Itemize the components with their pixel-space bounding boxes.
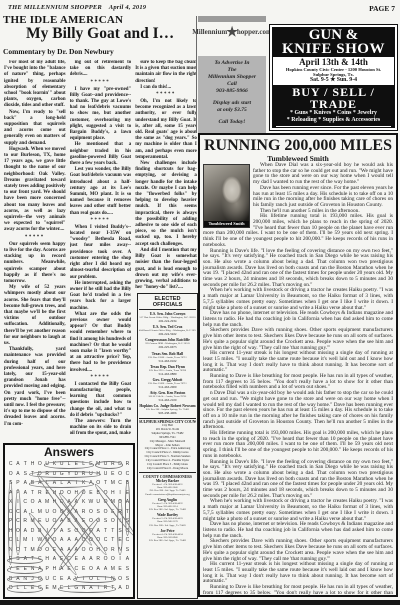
wordsearch-letter: H [51, 565, 58, 575]
wordsearch-letter: O [116, 575, 123, 585]
gun-ad-date-panel: April 13th & 14th Hopkins County Civic C… [273, 57, 394, 85]
wordsearch-letter: M [109, 498, 116, 508]
wordsearch-letter: D [36, 470, 43, 480]
article-paragraph: Skechers provides Dave with running shoe… [203, 539, 393, 562]
wordsearch-letter: E [73, 555, 80, 565]
wordsearch-letter: E [43, 489, 50, 499]
wordsearch-letter: I [43, 527, 50, 537]
wordsearch-letter: S [7, 479, 14, 489]
article-paragraph: Skechers provides Dave with running shoe… [203, 328, 393, 351]
wordsearch-letter: A [73, 517, 80, 527]
wordsearch-row: HOADBITASOOOATTSO [7, 527, 131, 537]
wordsearch-letter: A [65, 575, 72, 585]
advertise-line: 903-885-9966 [198, 88, 266, 95]
article-paragraph: Oh, I'm not likely to become recognized … [135, 99, 197, 161]
article-paragraph: I have my "pre-owned" Billy Goat--and pr… [70, 87, 132, 143]
commissioner-line: P.O. Box 288 - Sul. Spgs., Tx. 75483 [139, 508, 196, 511]
wordsearch-row: SPABALALAIKAOTMCB [7, 479, 131, 489]
wordsearch-letter: R [95, 555, 102, 565]
wordsearch-letter: A [22, 489, 29, 499]
wordsearch-letter: T [22, 460, 29, 470]
wordsearch-letter: L [65, 584, 72, 594]
wordsearch-letter: E [87, 489, 94, 499]
wordsearch-letter: U [43, 517, 50, 527]
wordsearch-letter: C [51, 575, 58, 585]
wordsearch-letter: O [80, 527, 87, 537]
wordsearch-letter: N [116, 546, 123, 556]
wordsearch-letter: T [29, 470, 36, 480]
wordsearch-letter: C [7, 460, 14, 470]
wordsearch-letter: L [65, 460, 72, 470]
wordsearch-letter: A [80, 555, 87, 565]
official-entry: Gov. Gregg AbbottP.O. Box 12428 - Austin… [139, 378, 196, 389]
wordsearch-letter: A [124, 498, 131, 508]
wordsearch-row: PCRMEUOABAEOOSOIS [7, 517, 131, 527]
wordsearch-letter: A [14, 460, 21, 470]
wordsearch-letter: O [102, 498, 109, 508]
wordsearch-letter: O [87, 517, 94, 527]
article-paragraph: What are the odds the previous owner wou… [70, 312, 132, 374]
wordsearch-letter: A [87, 555, 94, 565]
wordsearch-letter: U [43, 460, 50, 470]
wordsearch-letter: K [80, 479, 87, 489]
article-paragraph: When he's working with livestock or driv… [203, 499, 393, 522]
wordsearch-letter: U [87, 470, 94, 480]
wordsearch-letter: A [102, 565, 109, 575]
wordsearch-letter: O [7, 584, 14, 594]
wordsearch-letter: C [73, 565, 80, 575]
wordsearch-letter: A [36, 565, 43, 575]
wordsearch-letter: P [14, 479, 21, 489]
wordsearch-letter: Y [7, 565, 14, 575]
wordsearch-letter: N [29, 565, 36, 575]
wordsearch-letter: A [58, 565, 65, 575]
gun-ad-hours: Sat. 9-5 ★ Sun. 9-4 [273, 77, 394, 84]
wordsearch-letter: J [29, 575, 36, 585]
official-entry: Texas Rep. Dan FlynnP.O. Box 2910 - Aust… [139, 365, 196, 376]
wordsearch-letter: W [36, 536, 43, 546]
wordsearch-letter: I [14, 498, 21, 508]
council-line: City Council Place 6 - Doug Moore [139, 467, 196, 471]
wordsearch-letter: M [29, 546, 36, 556]
wordsearch-letter: A [51, 555, 58, 565]
wordsearch-letter: C [14, 508, 21, 518]
wordsearch-row: OLMIWNOAAAOOOCTEC [7, 536, 131, 546]
wordsearch-row: ESATCHAECEAAROOIA [7, 555, 131, 565]
article-paragraph: Thankfully, yard maintenance was provide… [4, 347, 66, 428]
article-paragraph: When I visited Buddy's--located near I-3… [70, 225, 132, 281]
article-paragraph: He interrupted, asking the owner if he s… [70, 281, 132, 312]
wordsearch-letter: W [87, 498, 94, 508]
photo-caption: Tumbleweed Smith [204, 221, 249, 228]
section-separator: ***** [4, 234, 66, 242]
wordsearch-letter: A [36, 498, 43, 508]
wordsearch-letter: E [109, 508, 116, 518]
wordsearch-letter: D [73, 470, 80, 480]
official-entry: Hopkins Co. Judge Robert NewsomP.O. Box … [139, 404, 196, 415]
wordsearch-letter: M [109, 565, 116, 575]
gun-ad-title-2: KNIFE SHOW [272, 42, 395, 56]
wordsearch-letter: A [22, 479, 29, 489]
article-paragraph: Lest you wonder, the Billy Goat leaf/deb… [70, 167, 132, 217]
article-paragraph: Hogwash. When we moved to our Burleson, … [4, 147, 66, 234]
wordsearch-letter: A [124, 555, 131, 565]
wordsearch-letter: L [29, 508, 36, 518]
wordsearch-letter: H [95, 546, 102, 556]
wordsearch-letter: E [80, 565, 87, 575]
wordsearch-letter: S [124, 575, 131, 585]
article-paragraph: His current 11-year streak is his longes… [203, 562, 393, 585]
commissioner-entry: Joe PricePrecinct 4 - Ph. 903-438-4034Ba… [139, 529, 196, 543]
article-paragraph: Our squirrels seem happy to live for the… [4, 242, 66, 285]
wordsearch-letter: E [29, 584, 36, 594]
article-paragraph: His lifetime running total is 193,000 mi… [203, 431, 393, 460]
wordsearch-letter: U [43, 575, 50, 585]
section-separator: ***** [70, 217, 132, 225]
wordsearch-letter: A [14, 470, 21, 480]
idle-american-title: My Billy Goat and I… [26, 25, 174, 43]
official-phone: 512-463-2100 [139, 398, 196, 402]
wordsearch-letter: O [7, 536, 14, 546]
wordsearch-letter: O [80, 489, 87, 499]
wordsearch-letter: C [14, 517, 21, 527]
wordsearch-row: BANJOUCEAVIOLINOS [7, 575, 131, 585]
wordsearch-letter: U [95, 498, 102, 508]
gun-ad-items-2: * Reloading * Supplies & Accessories [272, 117, 395, 124]
wordsearch-letter: C [116, 479, 123, 489]
wordsearch-letter: A [65, 479, 72, 489]
wordsearch-letter: I [102, 575, 109, 585]
official-entry: U.S. Sen. Ted Cruz404 Russell Senate Off… [139, 325, 196, 336]
paper-name: THE MILLENNIUM SHOPPER [8, 4, 102, 11]
wordsearch-letter: O [29, 498, 36, 508]
wordsearch-letter: A [87, 479, 94, 489]
official-entry: Congressman John Ratcliffe325 Cannon HOB… [139, 338, 196, 349]
wordsearch-letter: R [102, 584, 109, 594]
wordsearch-letter: O [95, 517, 102, 527]
wordsearch-letter: U [102, 460, 109, 470]
wordsearch-letter: E [58, 555, 65, 565]
wordsearch-letter: T [22, 546, 29, 556]
wordsearch-letter: M [22, 536, 29, 546]
wordsearch-letter: A [58, 536, 65, 546]
logo-text-left: Millennium [192, 28, 227, 36]
wordsearch-letter: O [65, 489, 72, 499]
article-paragraph: He mentioned that a neighbor traded in h… [70, 142, 132, 167]
commissioner-entry: Greg AnglinPrecinct 2 - Ph. 903-438-4032… [139, 498, 196, 512]
wordsearch-letter: R [43, 470, 50, 480]
wordsearch-letter: S [124, 546, 131, 556]
wordsearch-letter: L [14, 536, 21, 546]
wordsearch-letter: C [124, 470, 131, 480]
wordsearch-letter: O [116, 470, 123, 480]
wordsearch-letter: M [95, 460, 102, 470]
wordsearch-row: XICOAMHOAAKWUOMOA [7, 498, 131, 508]
wordsearch-letter: K [51, 460, 58, 470]
wordsearch-letter: T [124, 508, 131, 518]
wordsearch-letter: O [51, 517, 58, 527]
wordsearch-letter: A [73, 508, 80, 518]
wordsearch-letter: O [73, 527, 80, 537]
wordsearch-solution-grid: CATHOUKULELEMURDROASTDRUGYDRUHUEOCSPABAL… [7, 460, 131, 594]
elected-officials-title: ELECTED OFFICIALS [139, 296, 196, 310]
wordsearch-letter: U [43, 508, 50, 518]
article-paragraph: The answers: Turn the machine on its sid… [70, 419, 132, 438]
wordsearch-letter: N [22, 575, 29, 585]
wordsearch-letter: A [73, 498, 80, 508]
wordsearch-letter: A [65, 546, 72, 556]
wordsearch-letter: B [95, 489, 102, 499]
advertise-line: at only $3.75 [198, 107, 266, 114]
official-entry: Atty. Gen. Ken Paxton300 W. 15th St. - A… [139, 391, 196, 402]
wordsearch-letter: E [87, 460, 94, 470]
article-paragraph: New challenges include finding shortcuts… [135, 161, 197, 248]
wordsearch-letter: H [7, 527, 14, 537]
commissioners-list: Mickey BarkerPrecinct 1 - Ph. 903-438-40… [139, 479, 196, 543]
wordsearch-letter: A [87, 584, 94, 594]
article-paragraph: Now, I'm ready to "sell back" a long-hel… [4, 110, 66, 147]
wordsearch-letter: A [95, 527, 102, 537]
wordsearch-letter: M [43, 498, 50, 508]
answers-box: Answers CATHOUKULELEMURDROASTDRUGYDRUHUE… [3, 443, 135, 599]
idle-american-byline: Commentary by Dr. Don Newbury [3, 47, 114, 56]
wordsearch-letter: E [124, 489, 131, 499]
wordsearch-letter: U [58, 460, 65, 470]
wordsearch-letter: X [7, 498, 14, 508]
wordsearch-letter: I [80, 575, 87, 585]
wordsearch-letter: O [102, 555, 109, 565]
wordsearch-letter: L [22, 584, 29, 594]
article-paragraph: I contacted the Billy Goat manufacturing… [70, 382, 132, 419]
gun-ad-title-1: GUN & [272, 27, 395, 42]
wordsearch-letter: R [116, 508, 123, 518]
wordsearch-letter: A [58, 527, 65, 537]
wordsearch-letter: S [65, 527, 72, 537]
wordsearch-letter: E [58, 575, 65, 585]
wordsearch-letter: R [109, 546, 116, 556]
wordsearch-letter: T [109, 536, 116, 546]
wordsearch-letter: L [43, 479, 50, 489]
wordsearch-letter: T [109, 584, 116, 594]
wordsearch-letter: E [43, 584, 50, 594]
advertise-line: Display ads start [198, 100, 266, 107]
wordsearch-letter: O [124, 527, 131, 537]
wordsearch-letter: A [14, 575, 21, 585]
wordsearch-letter: U [51, 470, 58, 480]
wordsearch-row: CATHOUKULELEMURDR [7, 460, 131, 470]
official-entry: Texas Sen. Bob HallP.O. Box 12068 - Aust… [139, 352, 196, 363]
wordsearch-letter: A [73, 536, 80, 546]
logo-bar [198, 16, 266, 22]
wordsearch-letter: M [29, 517, 36, 527]
wordsearch-letter: D [116, 460, 123, 470]
section-separator: ***** [70, 374, 132, 382]
wordsearch-letter: D [124, 584, 131, 594]
wordsearch-letter: T [29, 555, 36, 565]
wordsearch-letter: T [102, 479, 109, 489]
article-paragraph: And did I mention that my Billy Goat is … [135, 248, 197, 291]
wordsearch-letter: I [29, 536, 36, 546]
wordsearch-letter: I [116, 555, 123, 565]
masthead: THE MILLENNIUM SHOPPER April 4, 2019 [8, 4, 146, 11]
officials-list: U.S. Sen. John Cornyn517 Hart Senate Off… [139, 312, 196, 415]
article-paragraph: sure to keep the bag clean! It is a give… [135, 60, 197, 85]
advertise-line: Call Today! [198, 119, 266, 126]
wordsearch-letter: O [87, 527, 94, 537]
wordsearch-letter: E [51, 546, 58, 556]
wordsearch-letter: E [116, 536, 123, 546]
wordsearch-letter: E [116, 565, 123, 575]
wordsearch-letter: P [43, 565, 50, 575]
article-paragraph: Running to Dave is like breathing for mo… [203, 374, 393, 391]
wordsearch-letter: H [51, 498, 58, 508]
wordsearch-letter: L [95, 575, 102, 585]
wordsearch-letter: P [7, 517, 14, 527]
city-council-list: City Hall201 Davis St. NorthSulphur Spri… [139, 424, 196, 471]
wordsearch-letter: S [14, 555, 21, 565]
advertise-line: The [198, 67, 266, 74]
wordsearch-letter: E [14, 565, 21, 575]
idle-col-1: For most of my adult life, I've bought i… [4, 60, 66, 442]
wordsearch-letter: B [7, 575, 14, 585]
gun-ad-info: For More Information, Call: [276, 126, 391, 128]
wordsearch-letter: B [36, 527, 43, 537]
article-paragraph: His current 11-year streak is his longes… [203, 351, 393, 374]
article-paragraph: Running is Dave's life. "I love the feel… [203, 460, 393, 500]
wordsearch-letter: O [102, 489, 109, 499]
gun-knife-show-ad: GUN & KNIFE SHOW April 13th & 14th Hopki… [269, 24, 398, 131]
advertise-line: To Advertise In [198, 60, 266, 67]
wordsearch-letter: O [51, 536, 58, 546]
wordsearch-letter: C [124, 536, 131, 546]
wordsearch-letter: B [29, 479, 36, 489]
article-paragraph: Dave has no phone, internet or televisio… [203, 311, 393, 328]
wordsearch-letter: S [95, 508, 102, 518]
wordsearch-letter: O [95, 536, 102, 546]
running-article-title: RUNNING 200,000 MILES [203, 137, 393, 154]
wordsearch-letter: H [29, 460, 36, 470]
logo-text-right: hopper.com [237, 28, 272, 36]
wordsearch-row: OLLECEMELGNAIRTAD [7, 584, 131, 594]
wordsearch-letter: H [51, 489, 58, 499]
wordsearch-letter: R [36, 489, 43, 499]
wordsearch-letter: O [116, 498, 123, 508]
wordsearch-letter: A [65, 536, 72, 546]
section-separator: ***** [70, 79, 132, 87]
article-paragraph: ing out of retirement to take on this da… [70, 60, 132, 79]
wordsearch-row: OASTDRUGYDRUHUEOC [7, 470, 131, 480]
commissioner-line: P.O. Box 288 - Sul. Spgs., Tx. 75482 [139, 539, 196, 542]
wordsearch-letter: A [58, 546, 65, 556]
wordsearch-letter: N [80, 584, 87, 594]
issue-date: April 4, 2019 [109, 4, 146, 11]
wordsearch-letter: A [22, 555, 29, 565]
wordsearch-letter: I [73, 479, 80, 489]
wordsearch-letter: C [65, 555, 72, 565]
wordsearch-letter: O [36, 460, 43, 470]
wordsearch-letter: D [29, 527, 36, 537]
wordsearch-letter: O [109, 555, 116, 565]
wordsearch-letter: C [22, 498, 29, 508]
wordsearch-letter: C [36, 584, 43, 594]
official-phone: 512-463-0102 [139, 359, 196, 363]
wordsearch-letter: S [116, 527, 123, 537]
wordsearch-letter: T [51, 527, 58, 537]
wordsearch-letter: O [58, 489, 65, 499]
wordsearch-letter: E [58, 584, 65, 594]
wordsearch-letter: O [7, 470, 14, 480]
official-phone: 903-438-4006 [139, 411, 196, 415]
wordsearch-letter: B [65, 517, 72, 527]
wordsearch-letter: A [36, 479, 43, 489]
commissioner-line: P.O. Box 288 - Sul. Spgs., Tx 75483 [139, 524, 196, 527]
wordsearch-letter: N [7, 546, 14, 556]
wordsearch-letter: O [80, 536, 87, 546]
wordsearch-letter: H [109, 489, 116, 499]
wordsearch-letter: O [87, 536, 94, 546]
advertise-line: Call [198, 81, 266, 88]
wordsearch-letter: C [102, 536, 109, 546]
page-bottom-edge [0, 600, 400, 605]
article-paragraph: Running to Dave is like breathing for mo… [203, 585, 393, 597]
wordsearch-letter: O [87, 508, 94, 518]
commissioner-entry: Wade BartleyPrecinct 3 - Ph. 903-438-403… [139, 513, 196, 527]
wordsearch-letter: M [36, 508, 43, 518]
wordsearch-letter: A [7, 489, 14, 499]
idle-col-2: ing out of retirement to take on this da… [70, 60, 132, 442]
wordsearch-letter: S [102, 517, 109, 527]
wordsearch-letter: A [95, 565, 102, 575]
wordsearch-letter: Y [65, 470, 72, 480]
gun-ad-buy-sell-trade: BUY / SELL / TRADE [272, 85, 395, 110]
wordsearch-letter: P [14, 489, 21, 499]
article-paragraph: When he's working with livestock or driv… [203, 288, 393, 311]
wordsearch-letter: E [65, 565, 72, 575]
wordsearch-letter: E [36, 517, 43, 527]
logo-text: Millennium ★ hopper.com [198, 26, 266, 37]
wordsearch-letter: N [43, 536, 50, 546]
wordsearch-letter: O [87, 565, 94, 575]
millennium-shopper-logo: Millennium ★ hopper.com [198, 16, 266, 37]
wordsearch-letter: T [102, 527, 109, 537]
wordsearch-letter: R [22, 517, 29, 527]
official-phone: 512-463-0880 [139, 372, 196, 376]
wordsearch-letter: O [58, 498, 65, 508]
wordsearch-row: YEENAPHAECEOAAMES [7, 565, 131, 575]
article-paragraph: n Dave Dial was a six-year-old boy he wo… [203, 391, 393, 431]
wordsearch-letter: O [87, 546, 94, 556]
wordsearch-letter: O [7, 508, 14, 518]
wordsearch-letter: A [73, 546, 80, 556]
wordsearch-letter: L [80, 460, 87, 470]
wordsearch-letter: G [73, 584, 80, 594]
wordsearch-letter: U [102, 470, 109, 480]
wordsearch-letter: O [109, 517, 116, 527]
wordsearch-letter: A [58, 517, 65, 527]
official-phone: 512-463-2000 [139, 385, 196, 389]
wordsearch-letter: O [102, 508, 109, 518]
wordsearch-letter: O [87, 575, 94, 585]
commissioner-entry: Mickey BarkerPrecinct 1 - Ph. 903-438-40… [139, 479, 196, 496]
wordsearch-letter: G [58, 470, 65, 480]
wordsearch-letter: M [109, 479, 116, 489]
elected-officials-box: ELECTED OFFICIALS U.S. Sen. John Cornyn5… [137, 293, 198, 599]
running-article-text: Tumbleweed Smith When Dave Dial was a si… [203, 163, 393, 597]
wordsearch-letter: T [109, 527, 116, 537]
wordsearch-letter: A [22, 508, 29, 518]
running-article-box: RUNNING 200,000 MILES Tumbleweed Smith T… [198, 133, 398, 597]
wordsearch-letter: R [124, 460, 131, 470]
